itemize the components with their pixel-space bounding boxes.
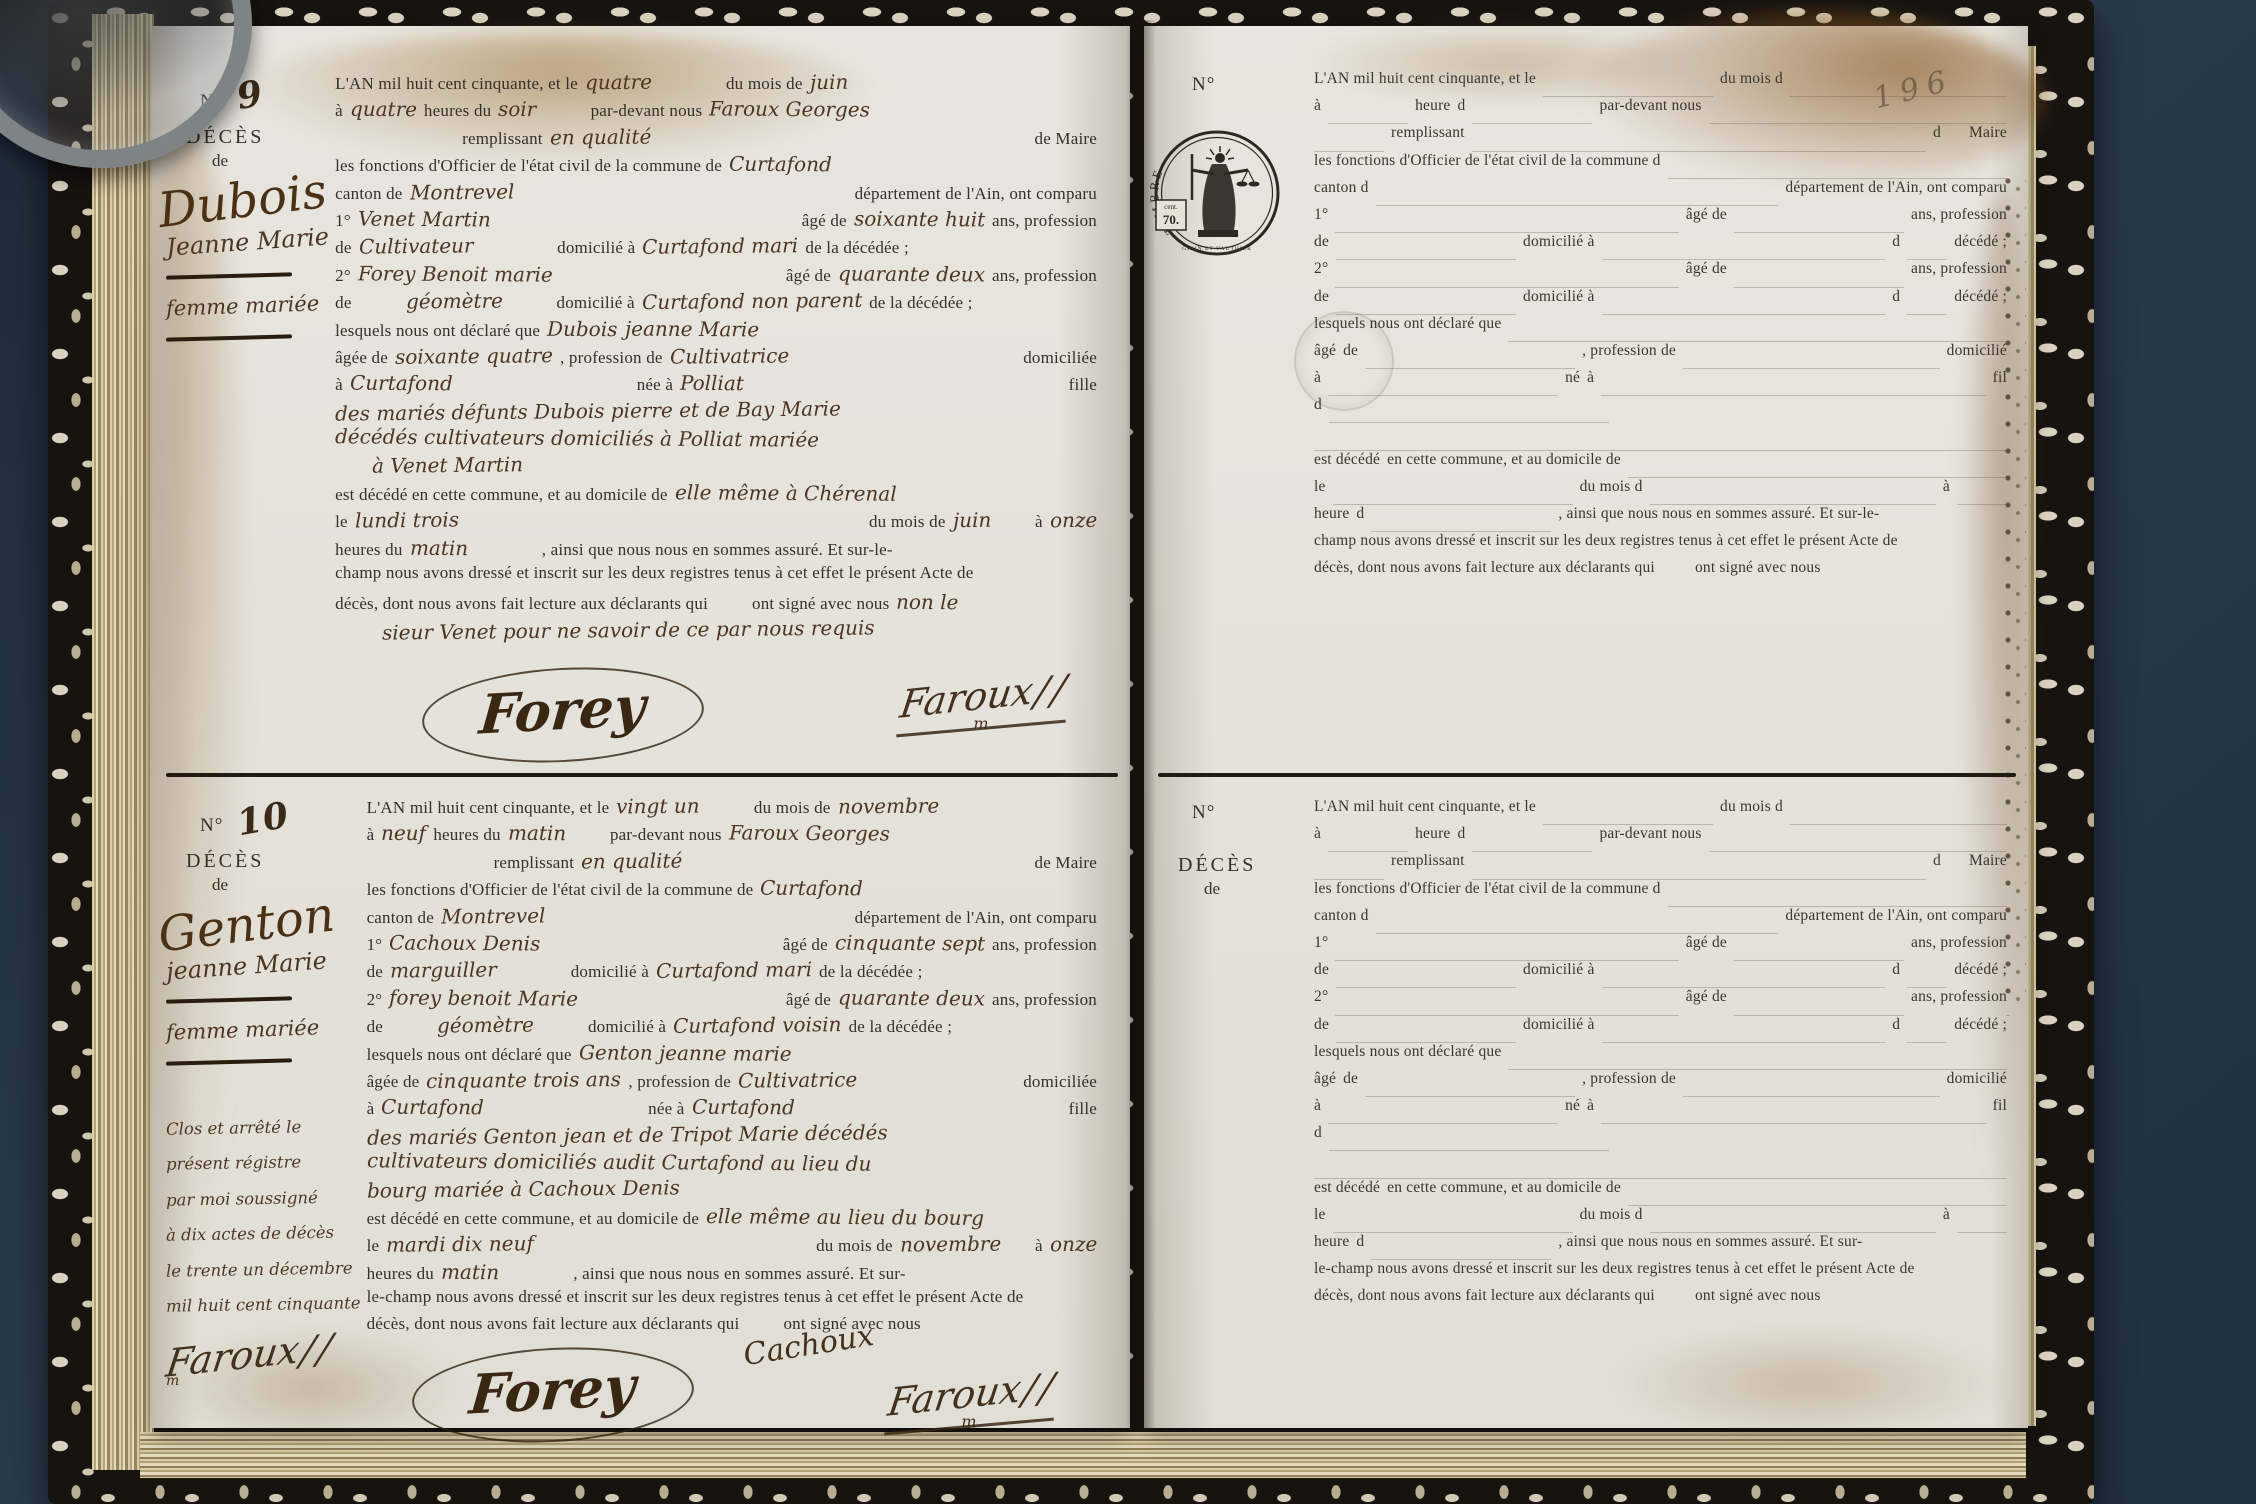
- printed-text: âgé de: [1686, 988, 1727, 1006]
- handwritten-text: Curtafond non parent: [642, 288, 863, 314]
- act-margin: N° 10 DÉCÈS de Genton jeanne Marie femme…: [152, 794, 361, 1426]
- printed-text: d: [1314, 1124, 1322, 1142]
- printed-text: Maire: [1969, 852, 2007, 870]
- printed-text: le-champ nous avons dressé et inscrit su…: [1314, 1260, 1915, 1278]
- printed-text: canton d: [1314, 907, 1369, 925]
- ink-rule: [166, 334, 292, 341]
- form-line: dedomicilié àddécédé ;: [1314, 961, 2014, 988]
- blank-field: [1336, 298, 1516, 315]
- printed-text: décès, dont nous avons fait lecture aux …: [1314, 559, 1655, 577]
- printed-text: heure: [1415, 825, 1450, 843]
- blank-death-form-1: N° TIMBRE: [1144, 70, 2028, 766]
- handwritten-text: non le: [896, 590, 959, 614]
- printed-text: canton de: [335, 184, 402, 204]
- printed-text: domicilié à: [1523, 233, 1595, 251]
- handwritten-text: soixante quatre: [395, 343, 553, 369]
- form-line: degéomètredomicilié àCurtafond non paren…: [335, 289, 1104, 316]
- printed-text: d: [1892, 288, 1900, 306]
- printed-text: à: [1314, 1097, 1321, 1115]
- printed-text: à: [1314, 97, 1321, 115]
- handwritten-text: quatre: [350, 97, 417, 121]
- handwritten-text: Cultivateur: [358, 234, 473, 259]
- blank-field: [1335, 999, 1678, 1016]
- form-line: heured, ainsi que nous nous en sommes as…: [1314, 505, 2014, 532]
- printed-text: d: [1892, 961, 1900, 979]
- printed-text: à: [335, 375, 343, 395]
- printed-text: ans, profession: [1911, 260, 2007, 278]
- printed-text: à: [1587, 1097, 1594, 1115]
- blank-field: [1734, 271, 1904, 288]
- printed-text: 2°: [1314, 260, 1328, 278]
- printed-text: est décédé: [1314, 1179, 1380, 1197]
- form-line: décès, dont nous avons fait lecture aux …: [335, 590, 1104, 617]
- printed-text: de la décédée ;: [869, 293, 973, 313]
- printed-text: âgé de: [783, 935, 828, 955]
- blank-field: [1333, 1216, 1573, 1233]
- form-line: 1°Venet Martinâgé desoixante huitans, pr…: [335, 207, 1104, 234]
- handwritten-text: Curtafond: [381, 1095, 484, 1120]
- handwritten-text: quarante deux: [838, 985, 985, 1010]
- printed-text: canton d: [1314, 179, 1369, 197]
- handwritten-text: neuf: [381, 821, 426, 845]
- printed-text: de: [1314, 961, 1329, 979]
- deces-heading: DÉCÈS: [186, 126, 329, 149]
- act-divider-rule: [1158, 773, 2016, 777]
- printed-text: heure: [1415, 97, 1450, 115]
- printed-text: du mois de: [816, 1236, 893, 1256]
- printed-text: décès, dont nous avons fait lecture aux …: [367, 1314, 740, 1334]
- printed-text: de Maire: [1035, 853, 1098, 873]
- blank-field: [1328, 1107, 1558, 1124]
- printed-text: département de l'Ain, ont comparu: [855, 908, 1097, 928]
- stamp-value-box: cent. 70.: [1156, 200, 1186, 230]
- blank-field: [1376, 917, 1779, 934]
- printed-text: , profession de: [628, 1072, 731, 1092]
- printed-text: champ nous avons dressé et inscrit sur l…: [1314, 532, 1898, 550]
- printed-text: lesquels nous ont déclaré que: [335, 321, 540, 341]
- printed-text: les fonctions d'Officier de l'état civil…: [367, 880, 754, 900]
- handwritten-text: Forey Benoit marie: [358, 261, 553, 286]
- printed-text: du mois de: [726, 74, 803, 94]
- printed-text: à: [1943, 478, 1950, 496]
- handwritten-text: soir: [498, 97, 536, 121]
- blank-field: [1333, 488, 1573, 505]
- printed-text: remplissant: [462, 129, 543, 149]
- handwritten-text: Curtafond: [760, 876, 863, 901]
- margin-note-line: présent régistre: [166, 1144, 361, 1183]
- left-page: N° 9 DÉCÈS de Dubois Jeanne Marie femme …: [152, 26, 1130, 1428]
- printed-text: domicilié à: [557, 238, 635, 258]
- form-line: les fonctions d'Officier de l'état civil…: [335, 152, 1104, 179]
- printed-text: fille: [1069, 375, 1097, 395]
- printed-text: , ainsi que nous nous en sommes assuré. …: [1558, 505, 1879, 523]
- printed-text: heures du: [424, 101, 491, 121]
- printed-text: domicilié à: [571, 962, 649, 982]
- form-line: L'AN mil huit cent cinquante, et ledu mo…: [1314, 798, 2014, 825]
- printed-text: L'AN mil huit cent cinquante, et le: [1314, 798, 1536, 816]
- printed-text: heure: [1314, 505, 1349, 523]
- printed-text: , ainsi que nous nous en sommes assuré. …: [573, 1264, 906, 1284]
- form-line: heures dumatin, ainsi que nous nous en s…: [335, 536, 1104, 563]
- printed-text: décédé ;: [1954, 1016, 2007, 1034]
- printed-text: ans, profession: [1911, 934, 2007, 952]
- blank-field: [1336, 971, 1516, 988]
- margin-note-line: à dix actes de décès: [166, 1215, 361, 1254]
- form-line: àCurtafondnée àCurtafondfille: [367, 1095, 1104, 1122]
- printed-text: du mois d: [1580, 1206, 1643, 1224]
- printed-text: d: [1892, 1016, 1900, 1034]
- printed-text: fil: [1993, 1097, 2007, 1115]
- signature-area-act9: Forey Faroux m: [302, 662, 1100, 774]
- photo-of-death-register: N° 9 DÉCÈS de Dubois Jeanne Marie femme …: [0, 0, 2256, 1504]
- printed-text: de la décédée ;: [819, 962, 923, 982]
- form-line: 1°âgé deans, profession: [1314, 206, 2014, 233]
- form-line: 1°Cachoux Denisâgé decinquante septans, …: [367, 931, 1104, 958]
- stamp-value: 70.: [1163, 212, 1179, 227]
- signature-text: Forey: [467, 1353, 638, 1426]
- printed-text: à: [1035, 512, 1043, 532]
- blank-field: [1907, 1026, 1947, 1043]
- printed-text: domicilié à: [1523, 1016, 1595, 1034]
- printed-text: de la décédée ;: [805, 238, 909, 258]
- printed-text: d: [1933, 852, 1941, 870]
- blank-field: [1314, 434, 2007, 451]
- act-margin: N° DÉCÈS de: [1144, 798, 1310, 1418]
- form-line: àCurtafondnée àPolliatfille: [335, 371, 1104, 398]
- handwritten-text: onze: [1050, 1232, 1098, 1256]
- blank-field: [1650, 1216, 1936, 1233]
- blank-field: [1628, 1189, 2007, 1206]
- handwritten-text: quatre: [585, 70, 652, 95]
- handwritten-text: Cultivatrice: [738, 1067, 858, 1092]
- form-line: les fonctions d'Officier de l'état civil…: [1314, 880, 2014, 907]
- marital-status-note: femme mariée: [166, 291, 320, 320]
- printed-text: par-devant nous: [610, 825, 722, 845]
- printed-text: en cette commune, et au domicile de: [1387, 1179, 1621, 1197]
- form-line: âgéde, profession dedomicilié: [1314, 1070, 2014, 1097]
- blank-field: [1543, 808, 1713, 825]
- form-line: degéomètredomicilié àCurtafond voisinde …: [367, 1013, 1104, 1040]
- blank-field: [1734, 999, 1904, 1016]
- blank-field: [1371, 1243, 1551, 1260]
- blank-field: [1335, 271, 1678, 288]
- blank-field: [1602, 971, 1886, 988]
- blank-field: [1314, 863, 1384, 880]
- printed-text: 2°: [335, 266, 351, 286]
- blank-field: [1328, 379, 1558, 396]
- printed-text: à: [367, 825, 375, 845]
- handwritten-text: cultivateurs domiciliés audit Curtafond …: [366, 1148, 871, 1176]
- form-line: remplissantdMaire: [1314, 124, 2014, 151]
- printed-text: domicilié à: [588, 1017, 666, 1037]
- form-line: L'AN mil huit cent cinquante, et levingt…: [367, 794, 1104, 821]
- handwritten-text: juin: [809, 70, 848, 94]
- printed-text: L'AN mil huit cent cinquante, et le: [367, 798, 610, 818]
- printed-text: domicilié à: [1523, 961, 1595, 979]
- printed-text: remplissant: [1391, 852, 1465, 870]
- printed-text: à: [1314, 825, 1321, 843]
- printed-text: décédé ;: [1954, 961, 2007, 979]
- printed-text: âgé de: [786, 990, 831, 1010]
- printed-text: L'AN mil huit cent cinquante, et le: [1314, 70, 1536, 88]
- act-body-text: L'AN mil huit cent cinquante, et levingt…: [361, 794, 1130, 1426]
- printed-text: ans, profession: [992, 266, 1097, 286]
- printed-text: heures du: [433, 825, 500, 845]
- printed-text: domicilié à: [1523, 288, 1595, 306]
- form-line: champ nous avons dressé et inscrit sur l…: [335, 563, 1104, 590]
- printed-text: champ nous avons dressé et inscrit sur l…: [335, 563, 973, 583]
- handwritten-text: Curtafond: [350, 371, 453, 396]
- printed-text: à: [367, 1099, 375, 1119]
- form-line: àheuredpar-devant nous: [1314, 825, 2014, 852]
- act-divider-rule: [166, 773, 1118, 777]
- printed-text: L'AN mil huit cent cinquante, et le: [335, 74, 578, 94]
- printed-text: ans, profession: [1911, 988, 2007, 1006]
- handwritten-text: Faroux Georges: [709, 97, 870, 122]
- handwritten-text: géomètre: [437, 1013, 534, 1038]
- form-line: heures dumatin, ainsi que nous nous en s…: [367, 1260, 1104, 1287]
- blank-field: [1683, 1080, 1940, 1097]
- blank-field: [1365, 1080, 1575, 1097]
- printed-text: , ainsi que nous nous en sommes assuré. …: [542, 540, 893, 560]
- act-margin: N° TIMBRE: [1144, 70, 1310, 766]
- printed-text: le: [335, 512, 348, 532]
- handwritten-text: Curtafond mari: [642, 234, 798, 260]
- blank-field: [1628, 461, 2007, 478]
- handwritten-text: elle même au lieu du bourg: [706, 1204, 984, 1230]
- form-line: canton deMontreveldépartement de l'Ain, …: [335, 180, 1104, 207]
- form-line: lesquels nous ont déclaré que: [1314, 1043, 2014, 1070]
- signature-mayor: Faroux m: [884, 1372, 1054, 1428]
- form-line: L'AN mil huit cent cinquante, et lequatr…: [335, 70, 1104, 97]
- handwritten-text: en qualité: [581, 848, 683, 873]
- handwritten-text: des mariés défunts Dubois pierre et de B…: [335, 396, 841, 425]
- handwritten-text: jeanne Marie: [624, 316, 758, 341]
- printed-text: décédé ;: [1954, 288, 2007, 306]
- form-line: est décédé en cette commune, et au domic…: [367, 1205, 1104, 1232]
- margin-note-line: Clos et arrêté le: [166, 1108, 361, 1147]
- printed-text: âgé de: [786, 266, 831, 286]
- printed-text: âgée de: [367, 1072, 420, 1092]
- form-line: 2°Forey Benoit marieâgé dequarante deuxa…: [335, 262, 1104, 289]
- printed-text: département de l'Ain, ont comparu: [1785, 907, 2007, 925]
- blank-field: [1668, 890, 2007, 907]
- form-line: 2°âgé deans, profession: [1314, 260, 2014, 287]
- handwritten-text: Curtafond: [729, 152, 832, 177]
- printed-text: du mois d: [1720, 70, 1783, 88]
- blank-field: [1472, 107, 1592, 124]
- handwritten-text: novembre: [837, 793, 938, 818]
- blank-field: [1543, 80, 1713, 97]
- form-line: remplissantdMaire: [1314, 852, 2014, 879]
- blank-field: [1328, 107, 1408, 124]
- book-gutter: [1126, 20, 1156, 1430]
- printed-text: du mois d: [1580, 478, 1643, 496]
- printed-text: à: [335, 101, 343, 121]
- ink-rule: [166, 1058, 292, 1065]
- blank-field: [1683, 352, 1940, 369]
- printed-text: de: [335, 238, 351, 258]
- handwritten-text: matin: [441, 1259, 499, 1283]
- form-line: ledu mois dà: [1314, 1206, 2014, 1233]
- printed-text: lesquels nous ont déclaré que: [367, 1045, 572, 1065]
- printed-text: âgé de: [1686, 934, 1727, 952]
- blank-field: [1709, 107, 2007, 124]
- printed-text: d: [1458, 97, 1466, 115]
- blank-field: [1602, 298, 1886, 315]
- form-line: âgée desoixante quatre, profession deCul…: [335, 344, 1104, 371]
- form-line: lesquels nous ont déclaré que: [1314, 315, 2014, 342]
- blank-field: [1601, 1107, 1985, 1124]
- printed-text: ont signé avec nous: [1695, 559, 1821, 577]
- signature-mayor: Faroux m: [896, 674, 1066, 730]
- form-line: lemardi dix neufdu mois denovembreàonze: [367, 1232, 1104, 1259]
- blank-field: [1734, 216, 1904, 233]
- no-label: N°: [1192, 74, 1215, 96]
- blank-field: [1335, 216, 1678, 233]
- signature-area-act10: Forey Cachoux Faroux m: [292, 1342, 1114, 1462]
- ink-rule: [166, 996, 292, 1003]
- form-line: ànéàfil: [1314, 369, 2014, 396]
- printed-text: canton de: [367, 908, 434, 928]
- handwritten-text: géomètre: [405, 289, 502, 314]
- blank-field: [1329, 1134, 1609, 1151]
- printed-text: par-devant nous: [1599, 97, 1701, 115]
- signature-forey: Forey: [410, 1341, 696, 1450]
- blank-field: [1602, 1026, 1886, 1043]
- form-line: ànéàfil: [1314, 1097, 2014, 1124]
- form-line: remplissanten qualitéde Maire: [367, 849, 1104, 876]
- printed-text: à: [1035, 1236, 1043, 1256]
- handwritten-text: lundi trois: [355, 508, 459, 533]
- signature-text: Faroux: [898, 665, 1065, 727]
- form-line: canton deMontreveldépartement de l'Ain, …: [367, 904, 1104, 931]
- blank-field: [1335, 944, 1678, 961]
- printed-text: est décédé: [1314, 451, 1380, 469]
- deces-heading: DÉCÈS: [1178, 854, 1310, 877]
- printed-text: d: [1356, 1233, 1364, 1251]
- blank-field: [1508, 1053, 2007, 1070]
- death-act-9: N° 9 DÉCÈS de Dubois Jeanne Marie femme …: [152, 70, 1130, 772]
- handwritten-text: Montrevel: [441, 903, 546, 928]
- handwritten-text: Polliat: [680, 371, 744, 395]
- form-line: âgée decinquante trois ans, profession d…: [367, 1068, 1104, 1095]
- blank-field: [1907, 971, 1947, 988]
- handwritten-text: décédés cultivateurs domiciliés à Pollia…: [335, 424, 819, 451]
- printed-text: du mois de: [754, 798, 831, 818]
- printed-text: d: [1458, 825, 1466, 843]
- blank-field: [1790, 808, 2007, 825]
- printed-text: 2°: [1314, 988, 1328, 1006]
- printed-text: de: [335, 293, 351, 313]
- printed-text: ans, profession: [1911, 206, 2007, 224]
- printed-text: décès, dont nous avons fait lecture aux …: [1314, 1287, 1655, 1305]
- printed-text: fil: [1993, 369, 2007, 387]
- handwritten-text: mardi dix neuf: [386, 1231, 534, 1257]
- handwritten-text: matin: [409, 535, 467, 559]
- handwritten-text: elle même à Chérenal: [675, 480, 897, 506]
- printed-text: ans, profession: [992, 211, 1097, 231]
- printed-text: de: [367, 1017, 383, 1037]
- death-act-10: N° 10 DÉCÈS de Genton jeanne Marie femme…: [152, 794, 1130, 1426]
- handwritten-text: onze: [1050, 508, 1098, 532]
- form-line: demarguillerdomicilié àCurtafond maride …: [367, 958, 1104, 985]
- form-line: à Venet Martin: [335, 453, 1104, 480]
- printed-text: de: [1314, 233, 1329, 251]
- handwritten-text: Curtafond voisin: [673, 1012, 842, 1038]
- page-edges-left: [92, 14, 154, 1470]
- form-line: est décédéen cette commune, et au domici…: [1314, 1179, 2014, 1206]
- blank-field: [1508, 325, 2007, 342]
- blank-field: [1336, 243, 1516, 260]
- blank-field: [1602, 243, 1886, 260]
- handwritten-text: des mariés Genton jean et de Tripot Mari…: [366, 1120, 887, 1149]
- printed-text: domiciliée: [1023, 1072, 1097, 1092]
- printed-text: est décédé en cette commune, et au domic…: [335, 485, 668, 505]
- printed-text: lesquels nous ont déclaré que: [1314, 315, 1501, 333]
- blank-field: [1328, 835, 1408, 852]
- form-line: dedomicilié àddécédé ;: [1314, 233, 2014, 260]
- form-line: àneufheures dumatinpar-devant nousFaroux…: [367, 821, 1104, 848]
- form-line: champ nous avons dressé et inscrit sur l…: [1314, 532, 2014, 559]
- printed-text: âgée de: [335, 348, 388, 368]
- form-line: est décédé en cette commune, et au domic…: [335, 481, 1104, 508]
- printed-text: de Maire: [1035, 129, 1098, 149]
- form-line: décès, dont nous avons fait lecture aux …: [367, 1314, 1104, 1341]
- printed-text: domiciliée: [1023, 348, 1097, 368]
- handwritten-text: cinquante trois ans: [426, 1067, 621, 1093]
- printed-text: le: [1314, 478, 1326, 496]
- blank-field: [1314, 135, 1384, 152]
- blank-field: [1365, 352, 1575, 369]
- printed-text: née à: [637, 375, 673, 395]
- form-line: 1°âgé deans, profession: [1314, 934, 2014, 961]
- handwritten-text: Venet Martin: [358, 206, 491, 231]
- form-line: heured, ainsi que nous nous en sommes as…: [1314, 1233, 2014, 1260]
- printed-text: est décédé en cette commune, et au domic…: [367, 1209, 700, 1229]
- form-line: le-champ nous avons dressé et inscrit su…: [1314, 1260, 2014, 1287]
- printed-text: âgé de: [1686, 206, 1727, 224]
- printed-text: décédé ;: [1954, 233, 2007, 251]
- handwritten-text: Cultivatrice: [670, 343, 790, 368]
- printed-text: , profession de: [1582, 1070, 1676, 1088]
- printed-text: remplissant: [1391, 124, 1465, 142]
- act-number-row: N° 10: [200, 798, 361, 840]
- printed-text: , profession de: [560, 348, 663, 368]
- form-line: bourg mariée à Cachoux Denis: [367, 1177, 1104, 1204]
- printed-text: âgé: [1314, 1070, 1336, 1088]
- printed-text: par-devant nous: [591, 101, 703, 121]
- printed-text: par-devant nous: [1599, 825, 1701, 843]
- printed-text: remplissant: [494, 853, 575, 873]
- printed-text: 1°: [335, 211, 351, 231]
- form-line: 2°âgé deans, profession: [1314, 988, 2014, 1015]
- form-line: àquatreheures dusoirpar-devant nousFarou…: [335, 97, 1104, 124]
- printed-text: heures du: [335, 540, 402, 560]
- printed-text: ans, profession: [992, 935, 1097, 955]
- blank-field: [1907, 298, 1947, 315]
- form-line: décédés cultivateurs domiciliés à Pollia…: [335, 426, 1104, 453]
- printed-text: domicilié à: [557, 293, 635, 313]
- handwritten-text: en qualité: [550, 124, 652, 149]
- form-line: lesquels nous ont déclaré queGenton jean…: [367, 1041, 1104, 1068]
- form-line: des mariés défunts Dubois pierre et de B…: [335, 399, 1104, 426]
- margin-note-line: par moi soussigné: [166, 1179, 361, 1218]
- deces-heading: DÉCÈS: [186, 850, 361, 873]
- handwritten-text: bourg mariée à Cachoux Denis: [366, 1176, 679, 1203]
- form-line: dedomicilié àddécédé ;: [1314, 288, 2014, 315]
- printed-text: lesquels nous ont déclaré que: [1314, 1043, 1501, 1061]
